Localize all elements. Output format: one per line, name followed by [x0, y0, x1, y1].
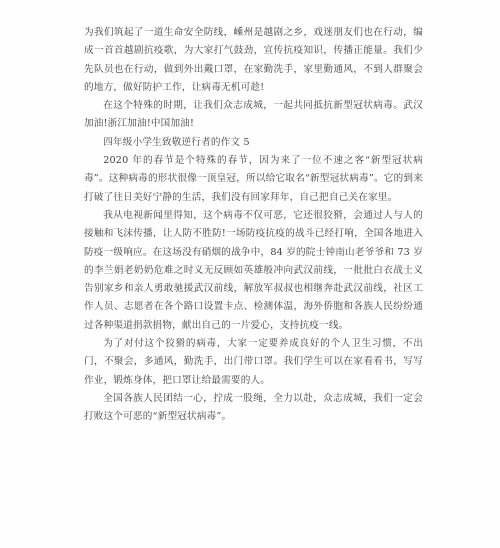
document-text: 为我们筑起了一道生命安全防线，嵊州是越剧之乡，戏迷朋友们也在行动，编成一首首越剧… — [84, 24, 423, 427]
essay-paragraph: 2020 年的春节是个特殊的春节，因为来了一位不速之客“新型冠状病毒”。这种病毒… — [84, 152, 423, 207]
essay-paragraph: 全国各族人民团结一心，拧成一股绳，全力以赴，众志成城，我们一定会打败这个可恶的“… — [84, 390, 423, 427]
essay-paragraph: 我从电视新闻里得知，这个病毒不仅可恶，它还很狡猾，会通过人与人的接触和飞沫传播，… — [84, 207, 423, 335]
essay-paragraph: 在这个特殊的时期，让我们众志成城，一起共同抵抗新型冠状病毒。武汉加油!浙江加油!… — [84, 97, 423, 134]
document-page: 为我们筑起了一道生命安全防线，嵊州是越剧之乡，戏迷朋友们也在行动，编成一首首越剧… — [0, 0, 500, 548]
essay-paragraph: 为了对付这个狡猾的病毒，大家一定要养成良好的个人卫生习惯，不出门，不聚会，多通风… — [84, 335, 423, 390]
essay-paragraph-continuation: 为我们筑起了一道生命安全防线，嵊州是越剧之乡，戏迷朋友们也在行动，编成一首首越剧… — [84, 24, 423, 97]
essay-section-title: 四年级小学生致敬逆行者的作文 5 — [84, 134, 423, 152]
